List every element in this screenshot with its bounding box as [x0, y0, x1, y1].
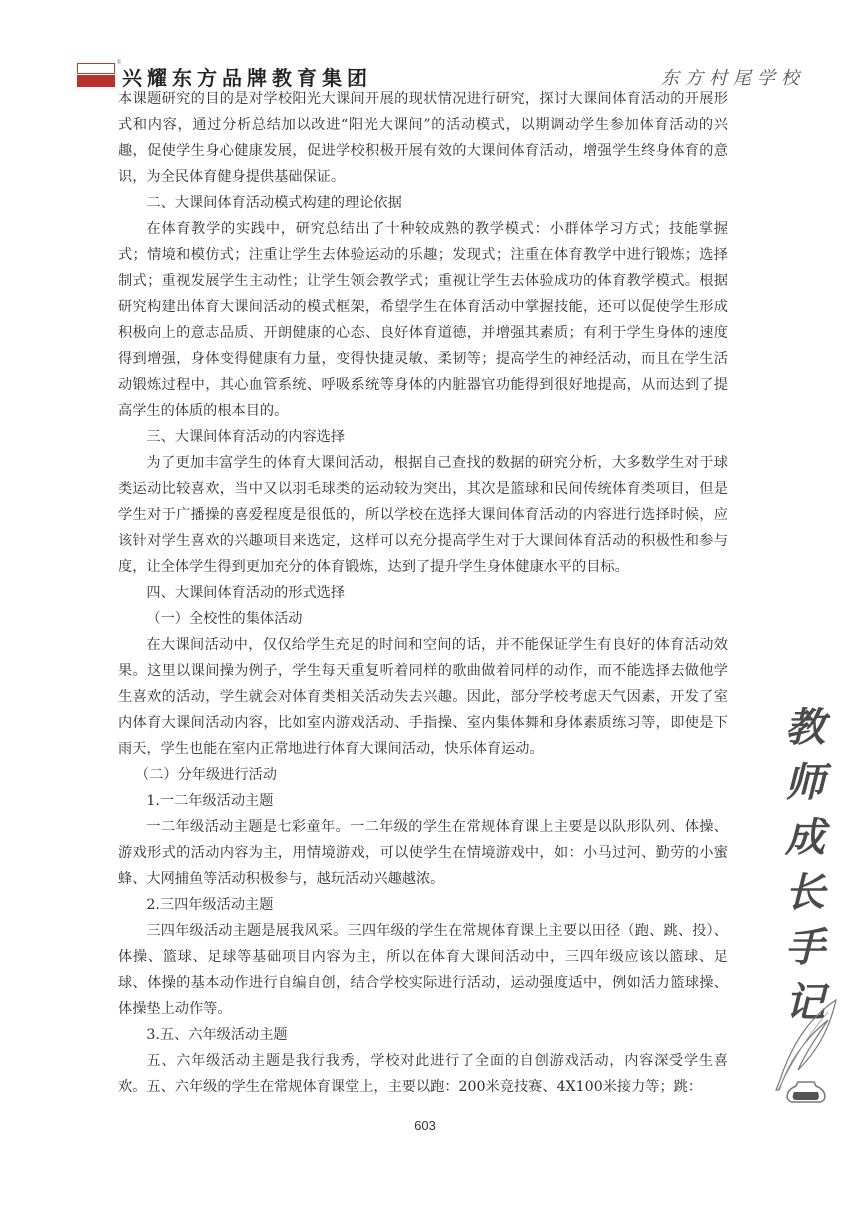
- subsection-heading: （二）分年级进行活动: [118, 762, 728, 788]
- subsection-heading: （一）全校性的集体活动: [118, 606, 728, 632]
- logo-bottom: [77, 75, 115, 87]
- calligraphy-char: 教: [775, 700, 835, 755]
- section-heading: 四、大课间体育活动的形式选择: [118, 580, 728, 606]
- page-number: 603: [0, 1118, 850, 1133]
- calligraphy-char: 手: [775, 920, 835, 975]
- item-heading: 1.一二年级活动主题: [118, 788, 728, 814]
- page-header: ® 兴耀东方品牌教育集团 东方村尾学校: [0, 0, 850, 90]
- paragraph: 三四年级活动主题是展我风采。三四年级的学生在常规体育课上主要以田径（跑、跳、投）…: [118, 918, 728, 1022]
- brand-logo: ®: [77, 63, 115, 87]
- document-body: 本课题研究的目的是对学校阳光大课间开展的现状情况进行研究，探讨大课间体育活动的开…: [118, 86, 728, 1100]
- quill-inkwell-icon: [758, 990, 848, 1105]
- paragraph: 在体育教学的实践中，研究总结出了十种较成熟的教学模式：小群体学习方式；技能掌握式…: [118, 216, 728, 424]
- logo-top: [77, 63, 115, 74]
- section-heading: 三、大课间体育活动的内容选择: [118, 424, 728, 450]
- paragraph: 本课题研究的目的是对学校阳光大课间开展的现状情况进行研究，探讨大课间体育活动的开…: [118, 86, 728, 190]
- paragraph: 一二年级活动主题是七彩童年。一二年级的学生在常规体育课上主要是以队形队列、体操、…: [118, 814, 728, 892]
- calligraphy-char: 长: [775, 865, 835, 920]
- calligraphy-title: 教 师 成 长 手 记: [775, 700, 835, 1030]
- paragraph: 五、六年级活动主题是我行我秀，学校对此进行了全面的自创游戏活动，内容深受学生喜欢…: [118, 1048, 728, 1100]
- calligraphy-char: 成: [775, 810, 835, 865]
- item-heading: 3.五、六年级活动主题: [118, 1022, 728, 1048]
- section-heading: 二、大课间体育活动模式构建的理论依据: [118, 190, 728, 216]
- calligraphy-char: 师: [775, 755, 835, 810]
- item-heading: 2.三四年级活动主题: [118, 892, 728, 918]
- paragraph: 为了更加丰富学生的体育大课间活动，根据自己查找的数据的研究分析，大多数学生对于球…: [118, 450, 728, 580]
- paragraph: 在大课间活动中，仅仅给学生充足的时间和空间的话，并不能保证学生有良好的体育活动效…: [118, 632, 728, 762]
